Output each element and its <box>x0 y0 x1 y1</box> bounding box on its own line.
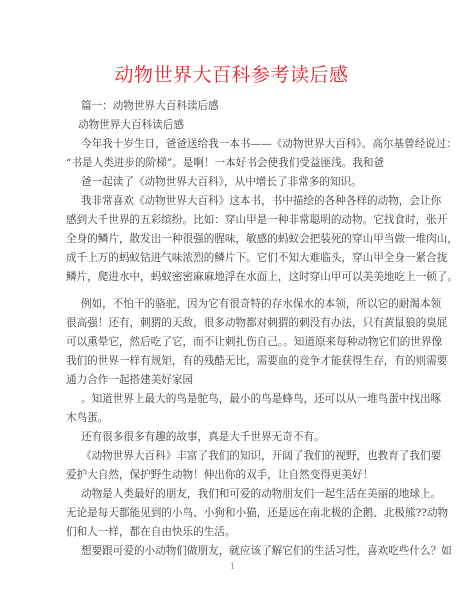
paragraph-line: 全身的鳞片，散发出一种很强的腥味，敏感的蚂蚁会把装死的穿山甲当做一堆肉山， <box>66 232 458 246</box>
document-subtitle: 动物世界大百科读后感 <box>78 118 184 132</box>
paragraph-line: 我非常喜欢《动物世界大百科》这本书，书中描绘的各种各样的动物，会让你 <box>81 194 441 208</box>
paragraph-line: 。知道世界上最大的鸟是鸵鸟，最小的鸟是蜂鸟，还可以从一堆鸟蛋中找出啄 <box>81 392 441 406</box>
paragraph-line: 们和人一样，都在自由快乐的生活。 <box>66 525 236 539</box>
section-heading: 篇一：动物世界大百科读后感 <box>81 99 219 113</box>
paragraph-line: 今年我十岁生日，爸爸送给我一本书——《动物世界大百科》。高尔基曾经说过： <box>81 137 457 151</box>
paragraph-line: 无论是每天都能见到的小鸟、小狗和小猫，还是远在南北极的企鹅、北极熊??动物 <box>66 506 448 520</box>
paragraph-line: 感到大千世界的五彩缤纷。比如：穿山甲是一种非常聪明的动物。它找食时，张开 <box>66 213 447 227</box>
paragraph-line: 爱护大自然，保护野生动物！伸出你的双手，让自然变得更美好！ <box>66 468 373 482</box>
paragraph-line: 动物是人类最好的朋友，我们和可爱的动物朋友们一起生活在美丽的地球上。 <box>81 487 441 501</box>
paragraph-line: 我们的世界一样有规矩，有的残酷无比，需要血的竞争才能获得生存，有的则需要 <box>66 354 447 368</box>
paragraph-line: 爸一起读了《动物世界大百科》，从中增长了非常多的知识。 <box>81 175 362 189</box>
paragraph-line: 很高强！还有，刺猬的天敌，很多动物都对刺猬的刺没有办法，只有黄鼠狼的臭屁 <box>66 316 447 330</box>
paragraph-line: 可以熏晕它，然后吃了它，而不让刺扎伤自己。。知道原来每种动物它们的世界像 <box>66 335 442 349</box>
document-title: 动物世界大百科参考读后感 <box>0 63 463 87</box>
paragraph-line: 《动物世界大百科》丰富了我们的知识，开阔了我们的视野，也教育了我们要 <box>81 449 441 463</box>
paragraph-line: 通力合作一起搭建美好家园 <box>66 373 193 387</box>
paragraph-line: 想要跟可爱的小动物们做朋友，就应该了解它们的生活习性，喜欢吃些什么？如 <box>81 544 452 558</box>
paragraph-line: 还有很多很多有趣的故事，真是大千世界无奇不有。 <box>81 430 325 444</box>
paragraph-line: 成千上万的蚂蚁钻进气味浓烈的鳞片下。它们不知大难临头，穿山甲全身一紧合拢 <box>66 251 447 265</box>
paragraph-line: “书是人类进步的阶梯”。是啊！一本好书会使我们受益匪浅。我和爸 <box>66 156 384 170</box>
paragraph-line: 鳞片，爬进水中，蚂蚁密密麻麻地浮在水面上，这时穿山甲可以美美地吃上一顿了。 <box>66 270 458 284</box>
paragraph-line: 例如，不怕干的骆驼，因为它有很奇特的存水保水的本领，所以它的耐渴本领 <box>81 297 441 311</box>
page-number: 1 <box>230 562 235 571</box>
paragraph-line: 木鸟蛋。 <box>66 411 108 425</box>
